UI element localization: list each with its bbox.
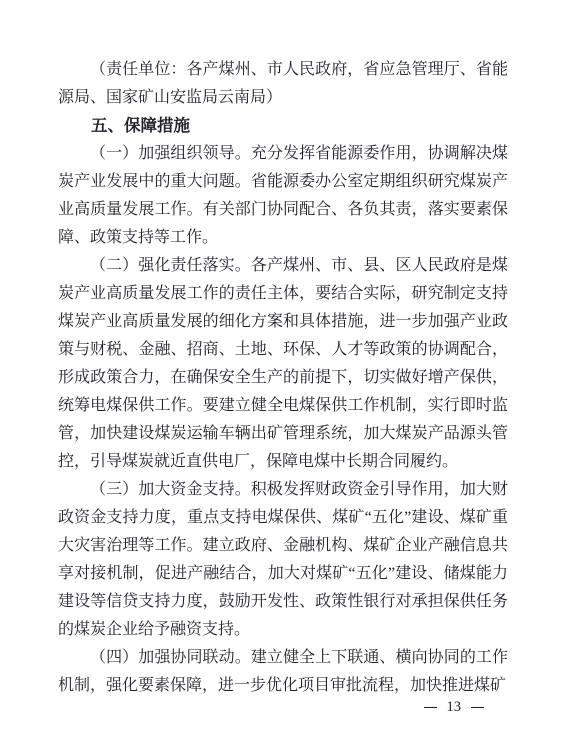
body-paragraph: （三）加大资金支持。积极发挥财政资金引导作用，加大财政资金支持力度，重点支持电煤… [58, 476, 508, 644]
body-paragraph: （二）强化责任落实。各产煤州、市、县、区人民政府是煤炭产业高质量发展工作的责任主… [58, 252, 508, 476]
body-paragraph: （一）加强组织领导。充分发挥省能源委作用，协调解决煤炭产业发展中的重大问题。省能… [58, 140, 508, 252]
section-heading: 五、保障措施 [58, 112, 508, 140]
body-paragraph: （四）加强协同联动。建立健全上下联通、横向协同的工作机制，强化要素保障，进一步优… [58, 644, 508, 700]
document-body: （责任单位：各产煤州、市人民政府，省应急管理厅、省能源局、国家矿山安监局云南局）… [58, 56, 508, 700]
body-paragraph: （责任单位：各产煤州、市人民政府，省应急管理厅、省能源局、国家矿山安监局云南局） [58, 56, 508, 112]
page-number-value: 13 [447, 697, 462, 717]
document-page: （责任单位：各产煤州、市人民政府，省应急管理厅、省能源局、国家矿山安监局云南局）… [0, 0, 565, 754]
page-number: — 13 — [423, 697, 486, 717]
page-number-dash-right: — [471, 697, 484, 717]
page-number-dash-left: — [424, 697, 437, 717]
